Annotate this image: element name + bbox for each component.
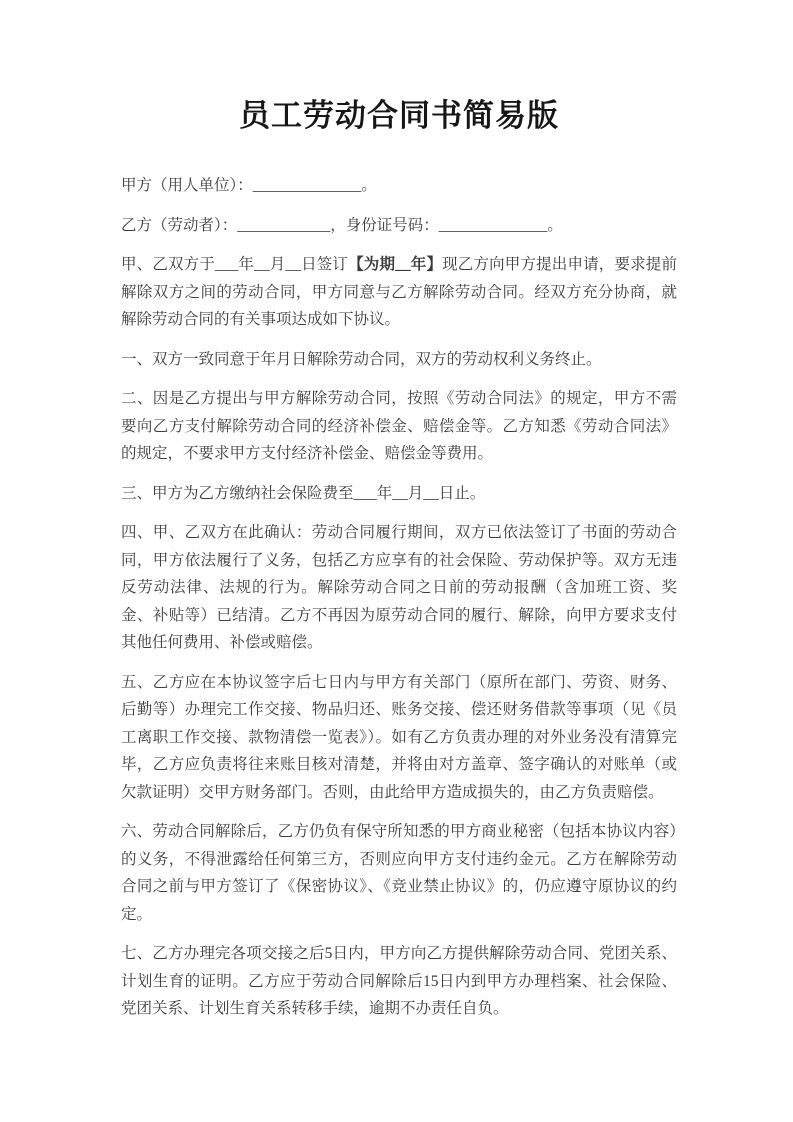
clause-6: 六、劳动合同解除后，乙方仍负有保守所知悉的甲方商业秘密（包括本协议内容）的义务，… [121,818,677,928]
clause-7: 七、乙方办理完各项交接之后5日内，甲方向乙方提供解除劳动合同、党团关系、计划生育… [121,940,677,1023]
document-page: 员工劳动合同书简易版 甲方（用人单位）：______________。 乙方（劳… [0,0,793,1122]
preamble-term: 【为期__年】 [348,256,442,273]
clause-2: 二、因是乙方提出与甲方解除劳动合同，按照《劳动合同法》的规定，甲方不需要向乙方支… [121,385,677,468]
clause-5: 五、乙方应在本协议签字后七日内与甲方有关部门（原所在部门、劳资、财务、后勤等）办… [121,669,677,807]
party-a-line: 甲方（用人单位）：______________。 [121,172,677,200]
clause-4: 四、甲、乙双方在此确认：劳动合同履行期间，双方已依法签订了书面的劳动合同，甲方依… [121,519,677,657]
document-title: 员工劳动合同书简易版 [121,98,677,134]
party-b-line: 乙方（劳动者）：____________，身份证号码：_____________… [121,212,677,240]
clause-3: 三、甲方为乙方缴纳社会保险费至___年__月__日止。 [121,480,677,508]
document-content: 员工劳动合同书简易版 甲方（用人单位）：______________。 乙方（劳… [121,98,677,1035]
preamble-pre: 甲、乙双方于___年__月__日签订 [121,256,348,273]
preamble-paragraph: 甲、乙双方于___年__月__日签订【为期__年】现乙方向甲方提出申请，要求提前… [121,251,677,334]
clause-1: 一、双方一致同意于年月日解除劳动合同，双方的劳动权利义务终止。 [121,346,677,374]
